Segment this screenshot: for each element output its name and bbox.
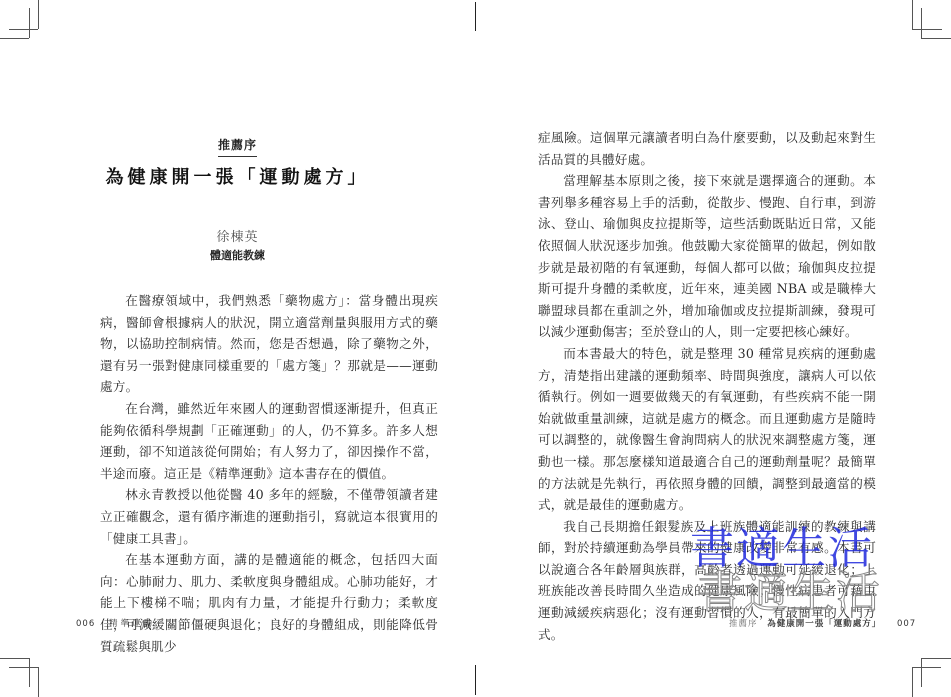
paragraph: 當理解基本原則之後，接下來就是選擇適合的運動。本書列舉多種容易上手的活動，從散步…: [538, 170, 876, 343]
section-kicker: 推薦序: [0, 136, 475, 157]
page-number: 007: [897, 619, 916, 629]
running-head-section: 推薦序: [729, 619, 758, 629]
author-role: 體適能教練: [0, 247, 475, 263]
left-folio: 006 精準運動: [76, 617, 155, 629]
paragraph: 症風險。這個單元讓讀者明白為什麼要動，以及動起來對生活品質的具體好處。: [538, 127, 876, 170]
left-page: 推薦序 為健康開一張「運動處方」 徐棟英 體適能教練 在醫療領域中，我們熟悉「藥…: [0, 0, 475, 697]
paragraph: 林永青教授以他從醫 40 多年的經驗，不僅帶領讀者建立正確觀念，還有循序漸進的運…: [100, 484, 438, 549]
book-spread: 推薦序 為健康開一張「運動處方」 徐棟英 體適能教練 在醫療領域中，我們熟悉「藥…: [0, 0, 951, 697]
paragraph: 在台灣，雖然近年來國人的運動習慣逐漸提升，但真正能夠依循科學規劃「正確運動」的人…: [100, 398, 438, 484]
author-name: 徐棟英: [0, 226, 475, 245]
chapter-title: 為健康開一張「運動處方」: [0, 163, 475, 189]
paragraph: 而本書最大的特色，就是整理 30 種常見疾病的運動處方，清楚指出建議的運動頻率、…: [538, 343, 876, 516]
watermark-gray: 書適生活: [698, 556, 882, 620]
running-head-chapter: 為健康開一張「運動處方」: [767, 619, 881, 629]
paragraph: 在基本運動方面，講的是體適能的概念，包括四大面向：心肺耐力、肌力、柔軟度與身體組…: [100, 549, 438, 657]
body-text: 在醫療領域中，我們熟悉「藥物處方」：當身體出現疾病，醫師會根據病人的狀況，開立適…: [100, 290, 438, 657]
page-number: 006: [76, 619, 95, 629]
running-head-book: 精準運動: [109, 619, 155, 629]
paragraph: 在醫療領域中，我們熟悉「藥物處方」：當身體出現疾病，醫師會根據病人的狀況，開立適…: [100, 290, 438, 398]
